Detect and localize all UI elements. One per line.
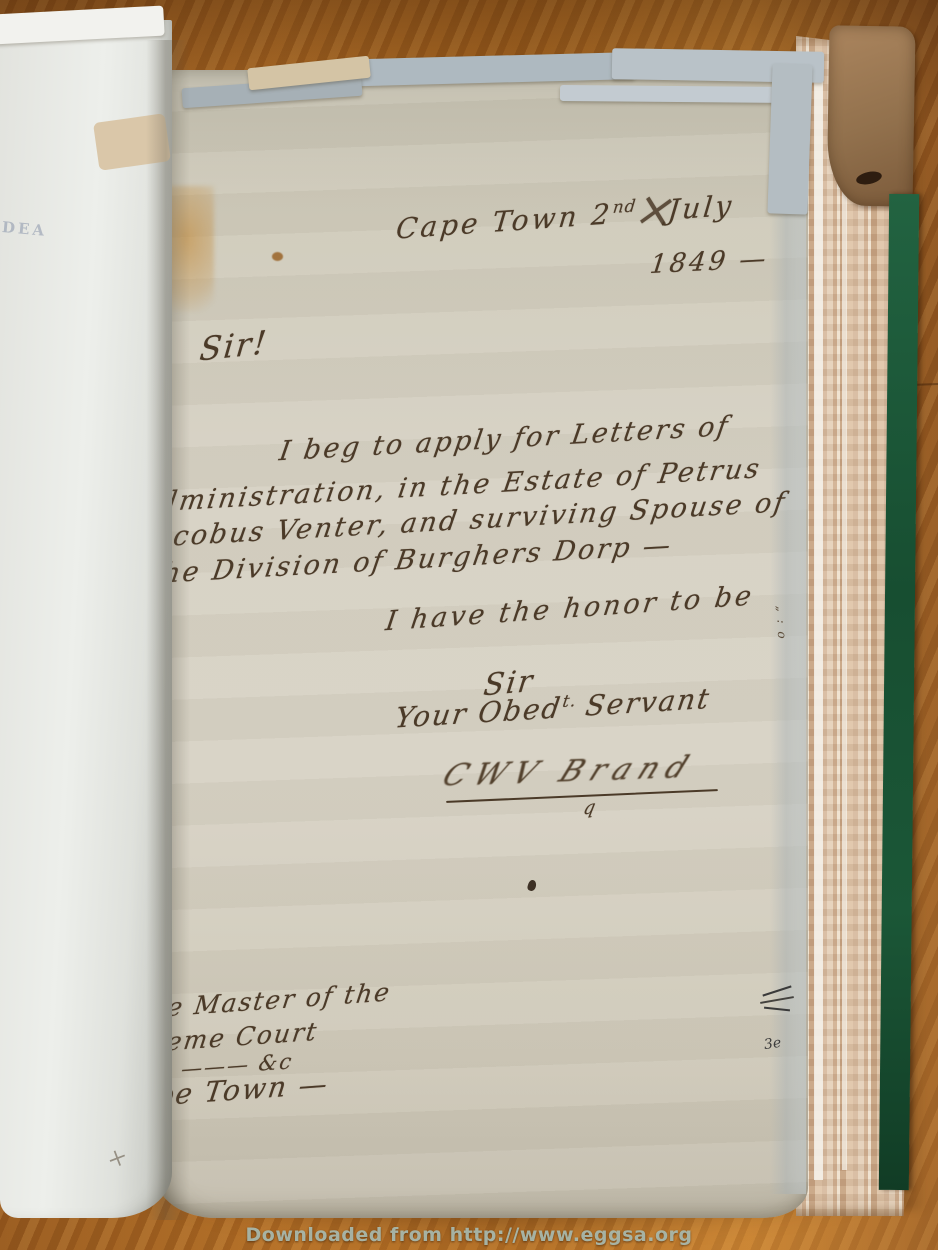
torn-page-fragment bbox=[560, 85, 805, 103]
torn-page-fragment bbox=[767, 63, 812, 214]
watermark-text: Downloaded from http://www.eggsa.org bbox=[0, 1224, 938, 1246]
book-gutter-shadow bbox=[146, 40, 190, 1220]
ink-blot bbox=[526, 879, 537, 892]
fore-edge-mark-text: 3e bbox=[763, 1035, 782, 1053]
page-stain-dot bbox=[272, 252, 283, 261]
fore-edge-light-stripe bbox=[842, 90, 847, 1170]
salutation: Sir! bbox=[198, 323, 270, 369]
right-margin-mark: „ : o bbox=[774, 605, 789, 641]
servant-superscript: t. bbox=[561, 690, 578, 711]
dateline-year: 1849 — bbox=[648, 244, 770, 280]
fore-edge-light-stripe bbox=[814, 60, 823, 1180]
dateline-ordinal: nd bbox=[612, 195, 638, 217]
ghost-print-text: DEA bbox=[1, 218, 47, 240]
page-right-gray-band bbox=[770, 94, 806, 1194]
archival-photo-scene: Cape Town 2nd×July 1849 — Sir! I beg to … bbox=[0, 0, 938, 1250]
